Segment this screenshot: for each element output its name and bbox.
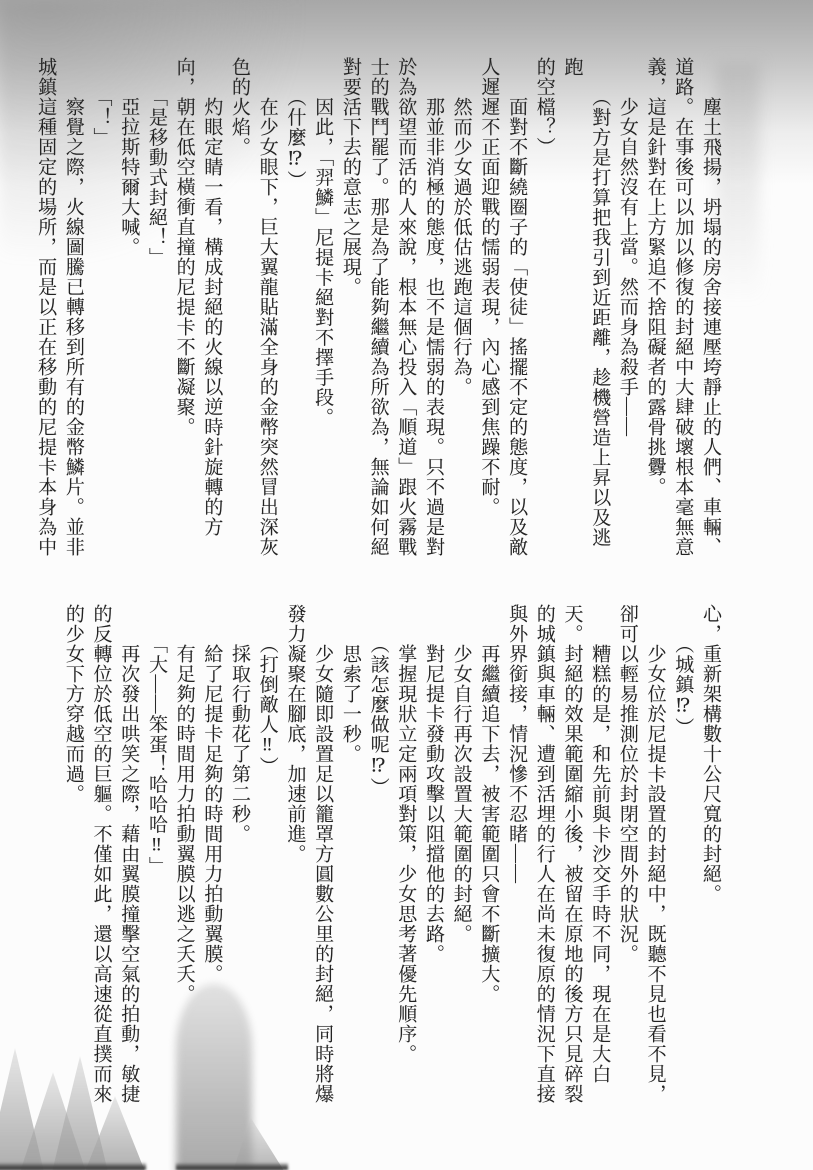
text-column: 然而少女過於低估逃跑這個行為。: [447, 57, 475, 563]
text-column: 再次發出哄笑之際，藉由翼膜撞擊空氣的拍動，敏捷: [115, 604, 143, 1110]
text-column: 少女自行再次設置大範圍的封絕。: [447, 604, 475, 1110]
text-column: 給了尼提卡足夠的時間用力拍動翼膜。: [198, 604, 226, 1110]
text-column: 色的火焰。: [225, 57, 253, 563]
text-column: 與外界銜接，情況慘不忍睹——: [502, 604, 530, 1110]
finger-shadow: [0, 1048, 44, 1170]
text-column: 義，這是針對在上方緊追不捨阻礙者的露骨挑釁。: [641, 57, 669, 563]
text-column: 少女自然沒有上當。然而身為殺手——: [613, 57, 641, 563]
text-column: 掌握現狀立定兩項對策，少女思考著優先順序。: [392, 604, 420, 1110]
text-column: 「大——笨蛋！哈哈哈‼」: [142, 604, 170, 1110]
text-column: 卻可以輕易推測位於封閉空間外的狀況。: [613, 604, 641, 1110]
text-column: 察覺之際，火線圖騰已轉移到所有的金幣鱗片。並非: [59, 57, 87, 563]
text-column: 採取行動花了第二秒。: [225, 604, 253, 1110]
text-column: （什麼⁉）: [281, 57, 309, 563]
text-column: 那並非消極的態度，也不是懦弱的表現。只不過是對: [419, 57, 447, 563]
text-column: 因此，「羿鱗」尼提卡絕對不擇手段。: [308, 57, 336, 563]
text-column: 道路。在事後可以加以修復的封絕中大肆破壞根本毫無意: [669, 57, 697, 563]
text-column: 人遲遲不正面迎戰的懦弱表現，內心感到焦躁不耐。: [475, 57, 503, 563]
text-column: 心，重新架構數十公尺寬的封絕。: [696, 604, 724, 1110]
text-column: 糟糕的是，和先前與卡沙交手時不同，現在是大白: [585, 604, 613, 1110]
text-column: 在少女眼下，巨大翼龍貼滿全身的金幣突然冒出深灰: [253, 57, 281, 563]
text-column: （打倒敵人‼）: [253, 604, 281, 1110]
text-column: 天。封絕的效果範圍縮小後，被留在原地的後方只見碎裂: [558, 604, 586, 1110]
text-column: 「是移動式封絕！」: [142, 57, 170, 563]
text-column: 的反轉位於低空的巨軀。不僅如此，還以高速從直撲而來: [87, 604, 115, 1110]
bottom-text-block: 心，重新架構數十公尺寬的封絕。 （城鎮⁉） 少女位於尼提卡設置的封絕中，既聽不見…: [59, 604, 724, 1114]
text-column: 灼眼定睛一看，構成封絕的火線以逆時針旋轉的方: [198, 57, 226, 563]
text-column: 於為欲望而活的人來說，根本無心投入「順道」跟火霧戰: [392, 57, 420, 563]
text-column: 的少女下方穿越而過。: [59, 604, 87, 1110]
text-column: 少女位於尼提卡設置的封絕中，既聽不見也看不見，: [641, 604, 669, 1110]
book-edge-shadow: [0, 1163, 146, 1170]
text-column: （對方是打算把我引到近距離，趁機營造上昇以及逃跑: [558, 57, 613, 563]
text-column: 城鎮這種固定的場所，而是以正在移動的尼提卡本身為中: [31, 57, 59, 563]
text-column: 的城鎮與車輛、遭到活埋的行人在尚未復原的情況下直接: [530, 604, 558, 1110]
text-column: 思索了一秒。: [336, 604, 364, 1110]
text-column: 對要活下去的意志之展現。: [336, 57, 364, 563]
text-column: 士的戰鬥罷了。那是為了能夠繼續為所欲為，無論如何絕: [364, 57, 392, 563]
text-column: （該怎麼做呢⁉）: [364, 604, 392, 1110]
book-edge-shadow: [176, 1163, 288, 1170]
text-column: 面對不斷繞圈子的「使徒」搖擺不定的態度，以及敵: [502, 57, 530, 563]
top-text-block: 塵土飛揚，坍塌的房舍接連壓垮靜止的人們、車輛、道路。在事後可以加以修復的封絕中大…: [31, 57, 724, 567]
text-column: 對尼提卡發動攻擊以阻擋他的去路。: [419, 604, 447, 1110]
finger-shadow: [232, 1118, 286, 1170]
text-column: 少女隨即設置足以籠罩方圓數公里的封絕，同時將爆: [308, 604, 336, 1110]
text-column: 亞拉斯特爾大喊。: [115, 57, 143, 563]
novel-page: 塵土飛揚，坍塌的房舍接連壓垮靜止的人們、車輛、道路。在事後可以加以修復的封絕中大…: [0, 0, 813, 1170]
text-column: 向，朝在低空橫衝直撞的尼提卡不斷凝聚。: [170, 57, 198, 563]
text-column: 有足夠的時間用力拍動翼膜以逃之夭夭。: [170, 604, 198, 1110]
text-column: （城鎮⁉）: [669, 604, 697, 1110]
text-column: 再繼續追下去，被害範圍只會不斷擴大。: [475, 604, 503, 1110]
text-column: 塵土飛揚，坍塌的房舍接連壓垮靜止的人們、車輛、: [696, 57, 724, 563]
text-column: 的空檔？）: [530, 57, 558, 563]
text-column: 發力凝聚在腳底，加速前進。: [281, 604, 309, 1110]
text-column: 「！」: [87, 57, 115, 563]
